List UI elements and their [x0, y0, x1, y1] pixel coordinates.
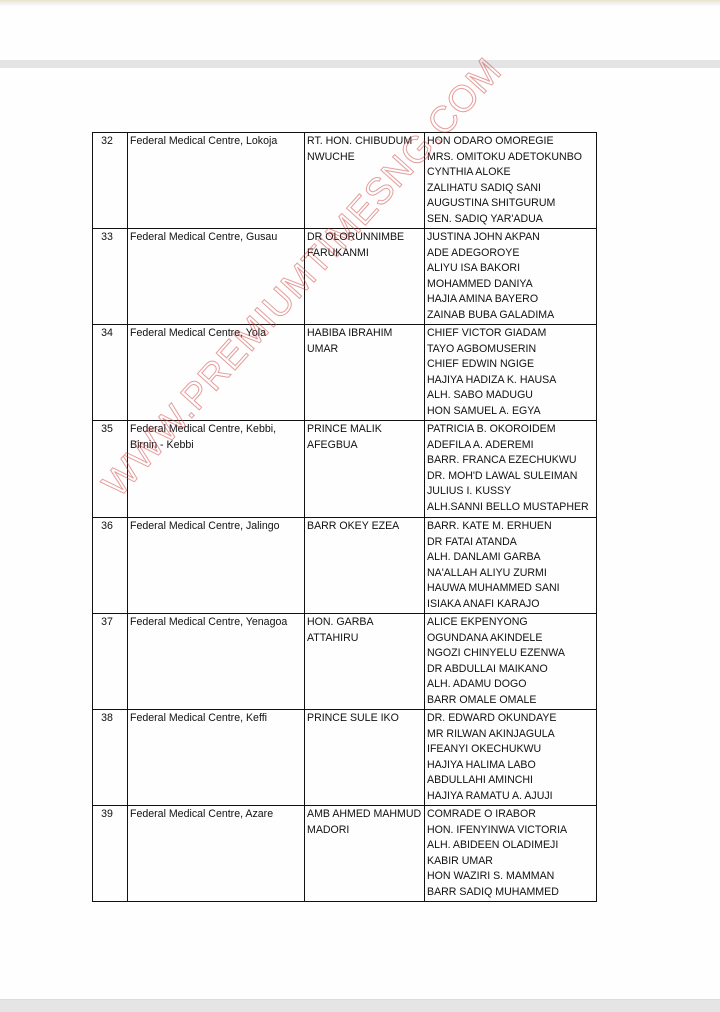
member-name: ALH. ADAMU DOGO	[427, 677, 594, 693]
member-name: DR. MOH'D LAWAL SULEIMAN	[427, 469, 594, 485]
member-name: DR ABDULLAI MAIKANO	[427, 662, 594, 678]
member-name: HAJIYA RAMATU A. AJUJI	[427, 789, 594, 805]
chairman-name: PRINCE SULE IKO	[305, 710, 425, 806]
member-name: PATRICIA B. OKOROIDEM	[427, 422, 594, 438]
member-name: HAJIYA HADIZA K. HAUSA	[427, 373, 594, 389]
member-name: CYNTHIA ALOKE	[427, 165, 594, 181]
institution-name: Federal Medical Centre, Yola	[128, 325, 305, 421]
serial-number: 37	[93, 614, 128, 710]
chairman-name: HON. GARBA ATTAHIRU	[305, 614, 425, 710]
institution-name: Federal Medical Centre, Gusau	[128, 229, 305, 325]
member-name: BARR SADIQ MUHAMMED	[427, 885, 594, 901]
member-name: DR. EDWARD OKUNDAYE	[427, 711, 594, 727]
member-name: ADEFILA A. ADEREMI	[427, 438, 594, 454]
serial-number: 33	[93, 229, 128, 325]
chairman-name: PRINCE MALIK AFEGBUA	[305, 421, 425, 518]
member-name: HON WAZIRI S. MAMMAN	[427, 869, 594, 885]
page-separator-bottom	[0, 999, 720, 1012]
member-name: JUSTINA JOHN AKPAN	[427, 230, 594, 246]
viewer-top-edge	[0, 0, 720, 6]
member-name: ABDULLAHI AMINCHI	[427, 773, 594, 789]
serial-number: 36	[93, 518, 128, 614]
table-row: 32Federal Medical Centre, LokojaRT. HON.…	[93, 133, 597, 229]
members-list: JUSTINA JOHN AKPANADE ADEGOROYEALIYU ISA…	[425, 229, 597, 325]
member-name: ALICE EKPENYONG	[427, 615, 594, 631]
chairman-name: DR OLORUNNIMBE FARUKANMI	[305, 229, 425, 325]
member-name: AUGUSTINA SHITGURUM	[427, 196, 594, 212]
members-list: HON ODARO OMOREGIEMRS. OMITOKU ADETOKUNB…	[425, 133, 597, 229]
institution-name: Federal Medical Centre, Jalingo	[128, 518, 305, 614]
members-list: PATRICIA B. OKOROIDEMADEFILA A. ADEREMIB…	[425, 421, 597, 518]
member-name: ALH. ABIDEEN OLADIMEJI	[427, 838, 594, 854]
board-appointments-table: 32Federal Medical Centre, LokojaRT. HON.…	[92, 132, 597, 902]
member-name: ZALIHATU SADIQ SANI	[427, 181, 594, 197]
institution-name: Federal Medical Centre, Yenagoa	[128, 614, 305, 710]
member-name: ISIAKA ANAFI KARAJO	[427, 597, 594, 613]
table-row: 38Federal Medical Centre, KeffiPRINCE SU…	[93, 710, 597, 806]
member-name: HON ODARO OMOREGIE	[427, 134, 594, 150]
institution-name: Federal Medical Centre, Keffi	[128, 710, 305, 806]
member-name: HAJIA AMINA BAYERO	[427, 292, 594, 308]
chairman-name: AMB AHMED MAHMUD MADORI	[305, 806, 425, 902]
member-name: NGOZI CHINYELU EZENWA	[427, 646, 594, 662]
member-name: ADE ADEGOROYE	[427, 246, 594, 262]
chairman-name: HABIBA IBRAHIM UMAR	[305, 325, 425, 421]
institution-name: Federal Medical Centre, Lokoja	[128, 133, 305, 229]
member-name: NA'ALLAH ALIYU ZURMI	[427, 566, 594, 582]
serial-number: 34	[93, 325, 128, 421]
institution-name: Federal Medical Centre, Azare	[128, 806, 305, 902]
institution-name: Federal Medical Centre, Kebbi, Birnin - …	[128, 421, 305, 518]
member-name: HAUWA MUHAMMED SANI	[427, 581, 594, 597]
member-name: ALH.SANNI BELLO MUSTAPHER	[427, 500, 594, 516]
member-name: ZAINAB BUBA GALADIMA	[427, 308, 594, 324]
member-name: JULIUS I. KUSSY	[427, 484, 594, 500]
page-separator-top	[0, 60, 720, 68]
member-name: SEN. SADIQ YAR'ADUA	[427, 212, 594, 228]
table-row: 34Federal Medical Centre, YolaHABIBA IBR…	[93, 325, 597, 421]
member-name: TAYO AGBOMUSERIN	[427, 342, 594, 358]
table-row: 35Federal Medical Centre, Kebbi, Birnin …	[93, 421, 597, 518]
table-row: 33Federal Medical Centre, GusauDR OLORUN…	[93, 229, 597, 325]
serial-number: 38	[93, 710, 128, 806]
member-name: ALH. DANLAMI GARBA	[427, 550, 594, 566]
member-name: HAJIYA HALIMA LABO	[427, 758, 594, 774]
table-row: 39Federal Medical Centre, AzareAMB AHMED…	[93, 806, 597, 902]
members-list: BARR. KATE M. ERHUENDR FATAI ATANDAALH. …	[425, 518, 597, 614]
member-name: OGUNDANA AKINDELE	[427, 631, 594, 647]
member-name: BARR. FRANCA EZECHUKWU	[427, 453, 594, 469]
member-name: MR RILWAN AKINJAGULA	[427, 727, 594, 743]
member-name: COMRADE O IRABOR	[427, 807, 594, 823]
member-name: HON. IFENYINWA VICTORIA	[427, 823, 594, 839]
member-name: CHIEF EDWIN NGIGE	[427, 357, 594, 373]
member-name: BARR. KATE M. ERHUEN	[427, 519, 594, 535]
member-name: MRS. OMITOKU ADETOKUNBO	[427, 150, 594, 166]
member-name: DR FATAI ATANDA	[427, 535, 594, 551]
members-list: ALICE EKPENYONGOGUNDANA AKINDELENGOZI CH…	[425, 614, 597, 710]
table-row: 37Federal Medical Centre, YenagoaHON. GA…	[93, 614, 597, 710]
member-name: MOHAMMED DANIYA	[427, 277, 594, 293]
member-name: ALH. SABO MADUGU	[427, 388, 594, 404]
serial-number: 35	[93, 421, 128, 518]
member-name: IFEANYI OKECHUKWU	[427, 742, 594, 758]
serial-number: 39	[93, 806, 128, 902]
chairman-name: RT. HON. CHIBUDUM NWUCHE	[305, 133, 425, 229]
members-list: COMRADE O IRABORHON. IFENYINWA VICTORIAA…	[425, 806, 597, 902]
member-name: BARR OMALE OMALE	[427, 693, 594, 709]
table-row: 36Federal Medical Centre, JalingoBARR OK…	[93, 518, 597, 614]
member-name: ALIYU ISA BAKORI	[427, 261, 594, 277]
serial-number: 32	[93, 133, 128, 229]
member-name: CHIEF VICTOR GIADAM	[427, 326, 594, 342]
members-list: DR. EDWARD OKUNDAYEMR RILWAN AKINJAGULAI…	[425, 710, 597, 806]
members-list: CHIEF VICTOR GIADAMTAYO AGBOMUSERINCHIEF…	[425, 325, 597, 421]
chairman-name: BARR OKEY EZEA	[305, 518, 425, 614]
member-name: HON SAMUEL A. EGYA	[427, 404, 594, 420]
member-name: KABIR UMAR	[427, 854, 594, 870]
